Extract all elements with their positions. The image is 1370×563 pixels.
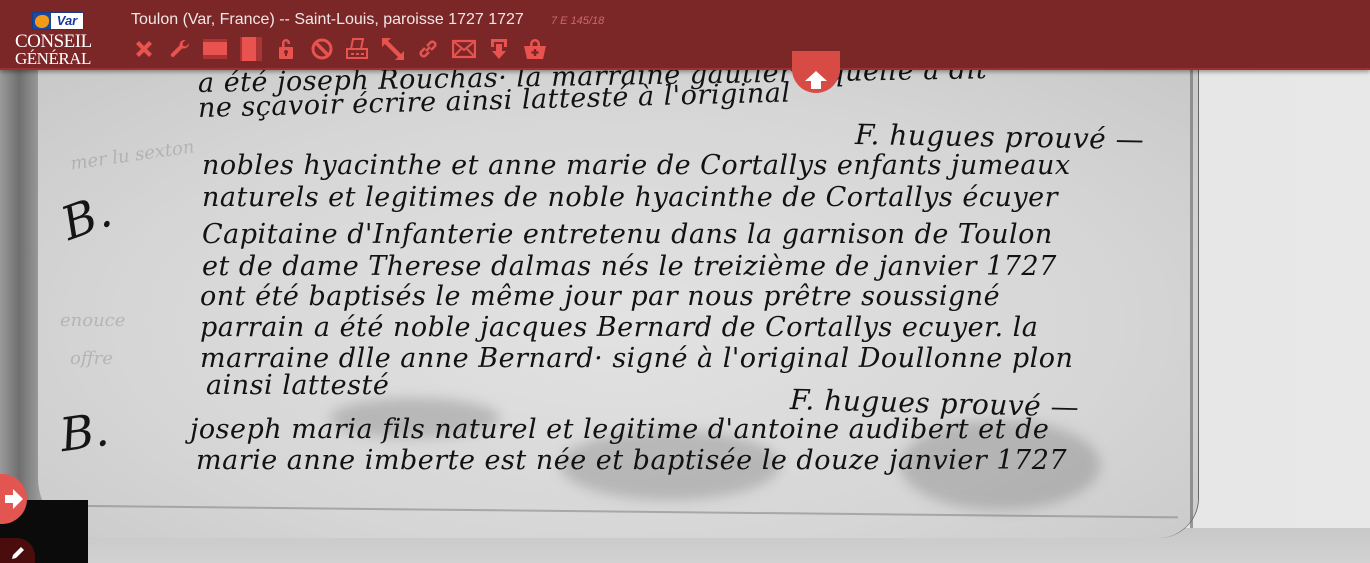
- unlock-button[interactable]: [273, 36, 299, 62]
- bleed-through-text: enouce: [60, 310, 125, 331]
- handwritten-line: ont été baptisés le même jour par nous p…: [200, 281, 1000, 312]
- wrench-icon: [168, 37, 192, 61]
- var-map-icon: [33, 13, 51, 29]
- toolbar-icons: [131, 36, 557, 62]
- block-icon: [310, 37, 334, 61]
- var-badge-text: Var: [51, 13, 83, 29]
- handwritten-line: ainsi lattesté: [206, 370, 389, 401]
- fullscreen-button[interactable]: [380, 36, 406, 62]
- email-button[interactable]: [451, 36, 477, 62]
- handwritten-line: naturels et legitimes de noble hyacinthe…: [202, 182, 1058, 213]
- fit-height-icon: [239, 37, 263, 61]
- margin-mark: B.: [56, 402, 111, 462]
- document-viewer[interactable]: mer lu sexton enouce offre B. B. a été j…: [0, 0, 1370, 563]
- page-edge: [1190, 68, 1193, 528]
- envelope-icon: [452, 37, 476, 61]
- handwritten-line: parrain a été noble jacques Bernard de C…: [200, 312, 1038, 343]
- link-icon: [416, 37, 440, 61]
- var-badge: Var: [32, 12, 84, 30]
- logo-general-text: GÉNÉRAL: [15, 50, 91, 67]
- unlock-icon: [274, 37, 298, 61]
- expand-icon: [381, 37, 405, 61]
- pencil-icon: [10, 545, 26, 561]
- handwritten-line: joseph maria fils naturel et legitime d'…: [190, 414, 1049, 445]
- fit-height-button[interactable]: [238, 36, 264, 62]
- print-button[interactable]: [344, 36, 370, 62]
- download-icon: [487, 37, 511, 61]
- basket-button[interactable]: [522, 36, 548, 62]
- print-icon: [345, 37, 369, 61]
- close-button[interactable]: [131, 36, 157, 62]
- arrow-up-icon: [805, 71, 827, 89]
- block-button[interactable]: [309, 36, 335, 62]
- fit-width-button[interactable]: [202, 36, 228, 62]
- bleed-through-text: offre: [70, 348, 113, 369]
- close-icon: [132, 37, 156, 61]
- handwritten-line: Capitaine d'Infanterie entretenu dans la…: [202, 219, 1053, 250]
- basket-add-icon: [523, 37, 547, 61]
- top-toolbar: Var CONSEIL GÉNÉRAL Toulon (Var, France)…: [0, 0, 1370, 70]
- handwritten-line: marie anne imberte est née et baptisée l…: [196, 445, 1067, 476]
- fit-width-icon: [203, 37, 227, 61]
- document-title: Toulon (Var, France) -- Saint-Louis, par…: [131, 10, 524, 30]
- handwritten-line: et de dame Therese dalmas nés le treiziè…: [202, 251, 1057, 282]
- arrow-right-icon: [5, 489, 23, 509]
- handwritten-line: nobles hyacinthe et anne marie de Cortal…: [202, 150, 1071, 181]
- link-button[interactable]: [415, 36, 441, 62]
- conseil-general-var-logo[interactable]: Var CONSEIL GÉNÉRAL: [10, 8, 110, 70]
- download-button[interactable]: [486, 36, 512, 62]
- tools-button[interactable]: [167, 36, 193, 62]
- archive-reference: 7 E 145/18: [551, 13, 604, 29]
